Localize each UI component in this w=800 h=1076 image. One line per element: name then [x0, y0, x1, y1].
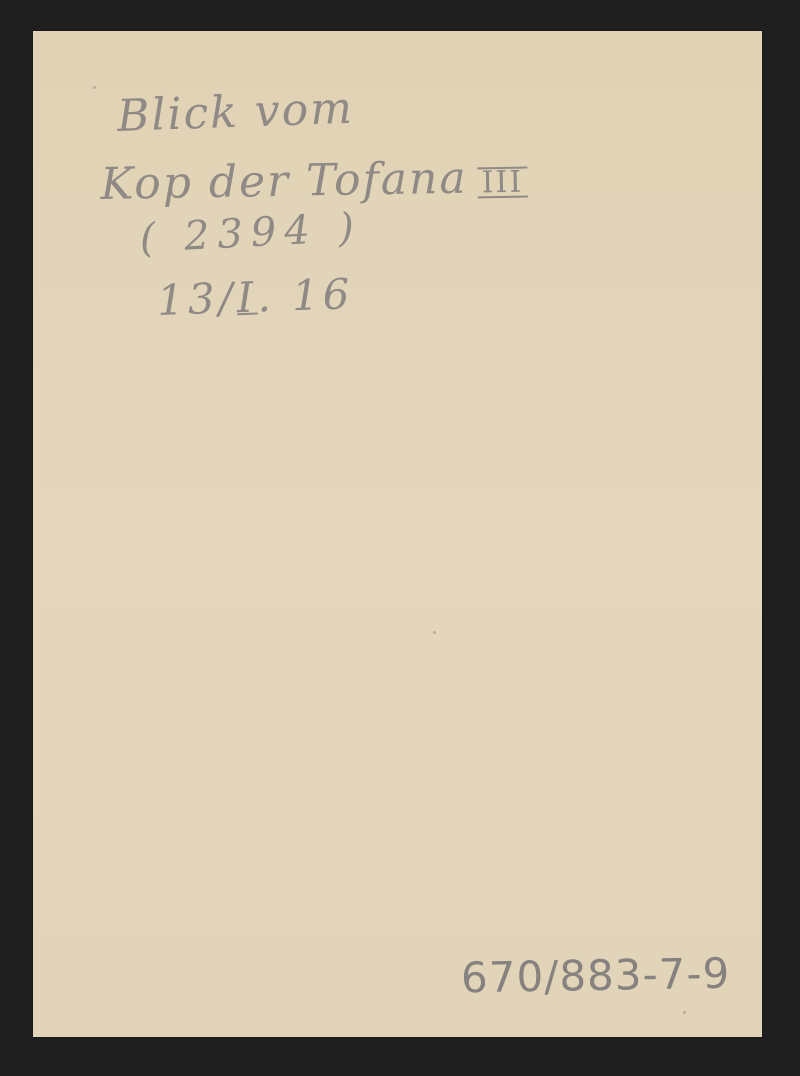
date-year: . 16 [256, 269, 354, 321]
roman-numeral: III [477, 167, 527, 199]
date-day: 13/ [156, 273, 237, 325]
paper-speck [683, 1011, 686, 1014]
handwritten-date: 13/I. 16 [156, 269, 354, 325]
handwritten-title-line: Blick vom [116, 83, 354, 142]
location-text: Kop der Tofana [100, 153, 468, 210]
handwritten-altitude: ( 2394 ) [139, 204, 364, 262]
date-month: I [236, 273, 258, 323]
paper-speck [433, 631, 436, 634]
paper-speck [93, 86, 96, 89]
photo-card-back: Blick vom Kop der TofanaIII ( 2394 ) 13/… [33, 31, 762, 1037]
handwritten-location-line: Kop der TofanaIII [100, 152, 527, 210]
archive-number: 670/883-7-9 [461, 949, 731, 1003]
